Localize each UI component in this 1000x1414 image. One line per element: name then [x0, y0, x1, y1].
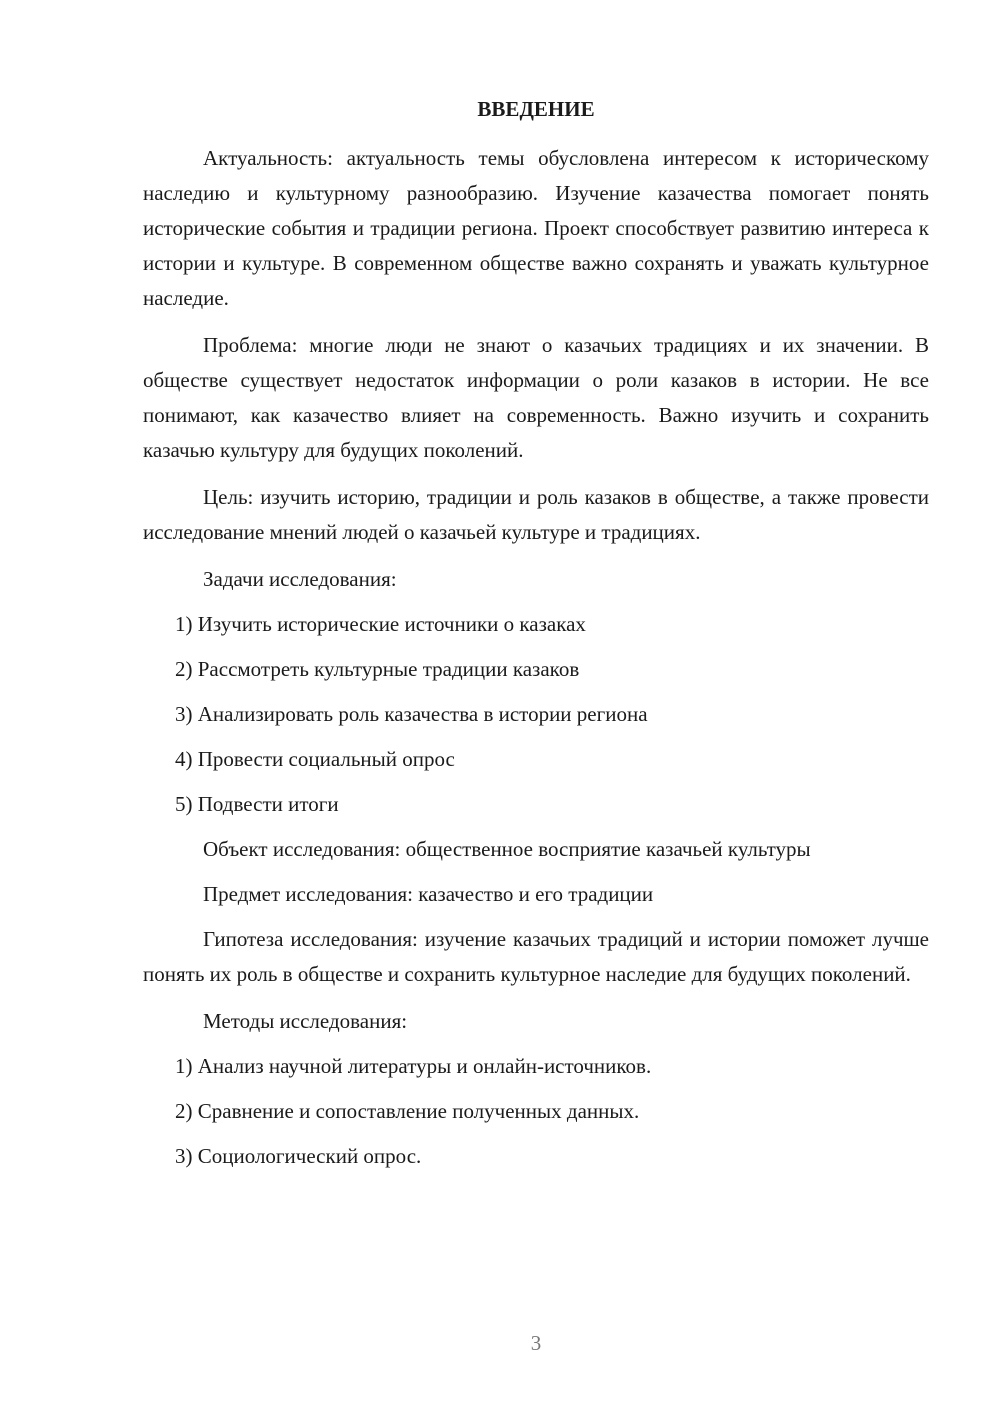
task-item: 1) Изучить исторические источники о каза…: [143, 607, 929, 642]
method-item: 2) Сравнение и сопоставление полученных …: [143, 1094, 929, 1129]
method-item: 1) Анализ научной литературы и онлайн-ис…: [143, 1049, 929, 1084]
task-item: 2) Рассмотреть культурные традиции казак…: [143, 652, 929, 687]
hypothesis-paragraph: Гипотеза исследования: изучение казачьих…: [143, 922, 929, 992]
tasks-heading: Задачи исследования:: [143, 562, 929, 597]
problem-paragraph: Проблема: многие люди не знают о казачьи…: [143, 328, 929, 468]
method-item: 3) Социологический опрос.: [143, 1139, 929, 1174]
research-subject: Предмет исследования: казачество и его т…: [143, 877, 929, 912]
methods-heading: Методы исследования:: [143, 1004, 929, 1039]
section-title: ВВЕДЕНИЕ: [143, 92, 929, 127]
goal-paragraph: Цель: изучить историю, традиции и роль к…: [143, 480, 929, 550]
document-page: ВВЕДЕНИЕ Актуальность: актуальность темы…: [143, 92, 929, 1184]
relevance-paragraph: Актуальность: актуальность темы обусловл…: [143, 141, 929, 316]
research-object: Объект исследования: общественное воспри…: [143, 832, 929, 867]
task-item: 4) Провести социальный опрос: [143, 742, 929, 777]
task-item: 3) Анализировать роль казачества в истор…: [143, 697, 929, 732]
page-number: 3: [0, 1331, 1000, 1356]
task-item: 5) Подвести итоги: [143, 787, 929, 822]
